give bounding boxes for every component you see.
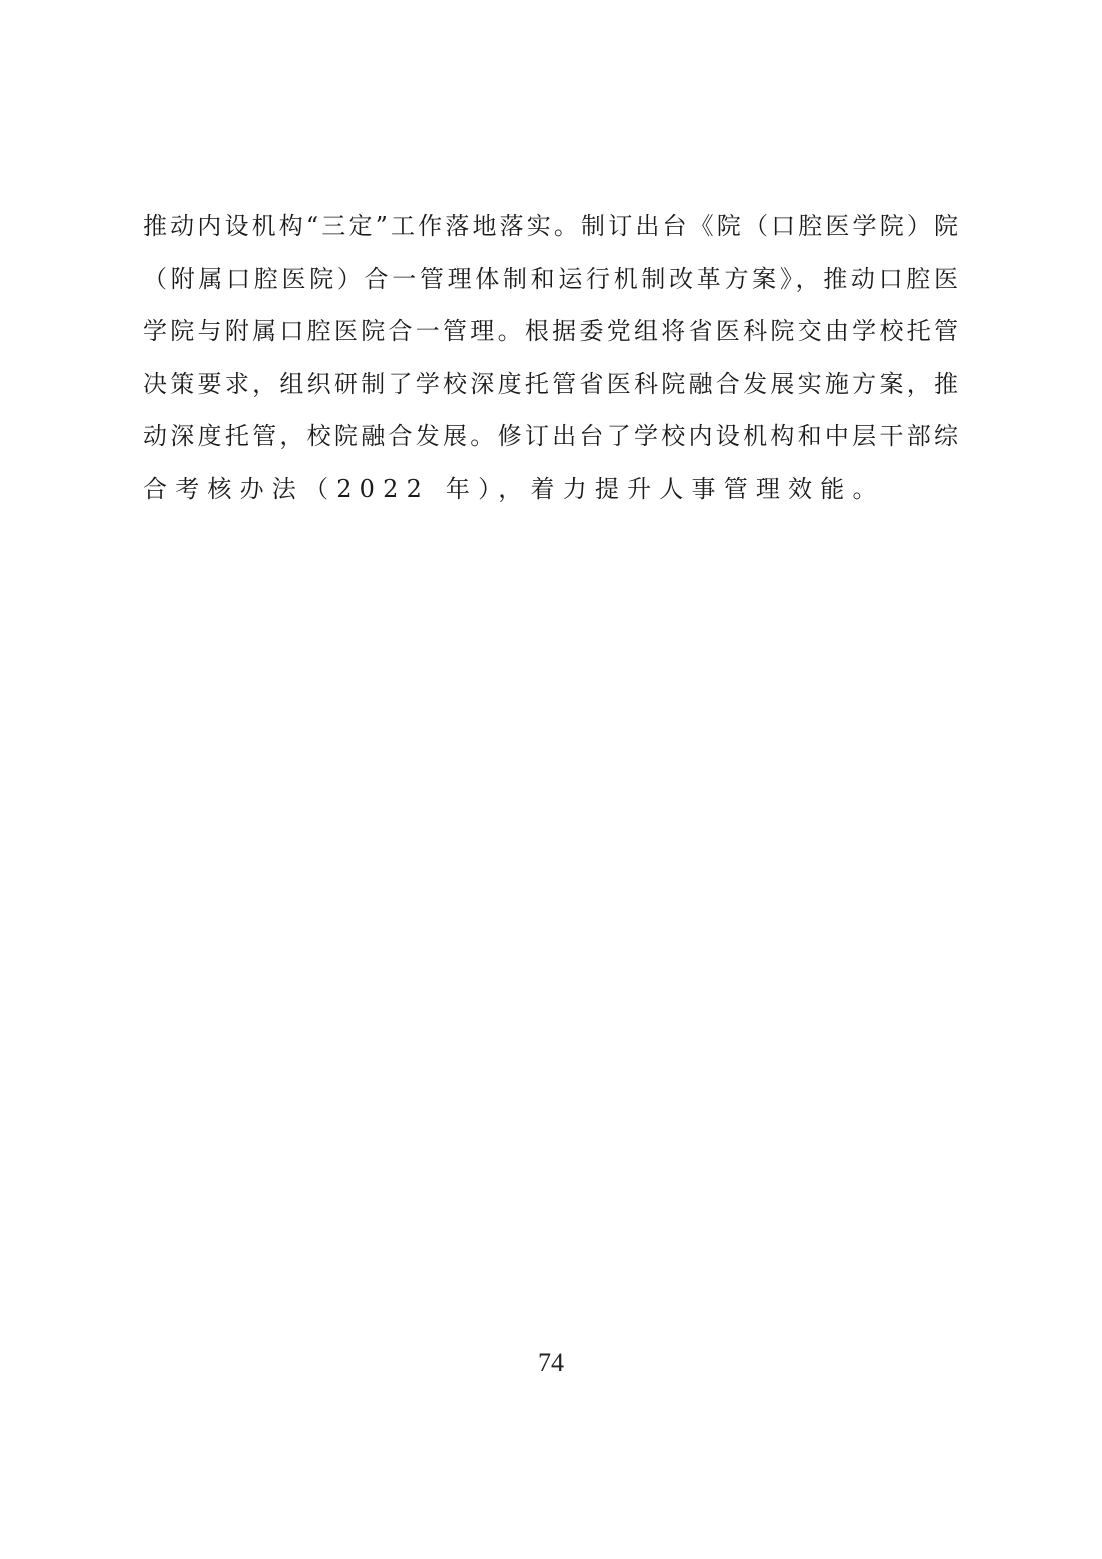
document-page: 推动内设机构“三定”工作落地落实。制订出台《院（口腔医学院）院 （附属口腔医院）… bbox=[0, 0, 1102, 1559]
paragraph-line: 学院与附属口腔医院合一管理。根据委党组将省医科院交由学校托管 bbox=[143, 305, 958, 358]
paragraph-line: 推动内设机构“三定”工作落地落实。制订出台《院（口腔医学院）院 bbox=[143, 200, 958, 253]
paragraph-line: 决策要求，组织研制了学校深度托管省医科院融合发展实施方案，推 bbox=[143, 358, 958, 411]
paragraph-line: 动深度托管，校院融合发展。修订出台了学校内设机构和中层干部综 bbox=[143, 410, 958, 463]
paragraph-line: （附属口腔医院）合一管理体制和运行机制改革方案》，推动口腔医 bbox=[143, 253, 958, 306]
body-paragraph: 推动内设机构“三定”工作落地落实。制订出台《院（口腔医学院）院 （附属口腔医院）… bbox=[143, 200, 958, 515]
paragraph-line: 合考核办法（2022 年），着力提升人事管理效能。 bbox=[143, 463, 958, 516]
page-number: 74 bbox=[0, 1348, 1102, 1378]
